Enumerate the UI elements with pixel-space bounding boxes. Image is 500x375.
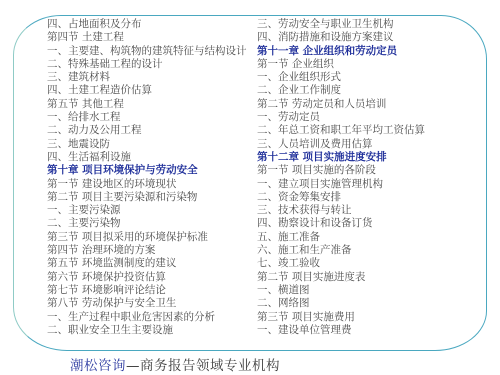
toc-item-line: 二、动力及公用工程 — [47, 124, 247, 137]
toc-item-line: 一、主要建、构筑物的建筑特征与结构设计 — [47, 45, 247, 58]
toc-section-line: 第四节 治理环境的方案 — [47, 244, 247, 257]
toc-item-line: 三、劳动安全与职业卫生机构 — [257, 18, 425, 31]
toc-section-line: 第一节 建设地区的环境现状 — [47, 178, 247, 191]
toc-section-line: 第五节 环境监测制度的建议 — [47, 257, 247, 270]
toc-item-line: 二、企业工作制度 — [257, 84, 425, 97]
toc-section-line: 第七节 环境影响评论结论 — [47, 284, 247, 297]
toc-item-line: 二、网络图 — [257, 297, 425, 310]
toc-item-line: 一、主要污染源 — [47, 204, 247, 217]
toc-item-line: 二、年总工资和职工年平均工资估算 — [257, 124, 425, 137]
toc-item-line: 一、横道图 — [257, 284, 425, 297]
toc-item-line: 三、建筑材料 — [47, 71, 247, 84]
toc-item-line: 七、竣工验收 — [257, 257, 425, 270]
toc-item-line: 三、技术获得与转让 — [257, 204, 425, 217]
toc-item-line: 三、人员培训及费用估算 — [257, 138, 425, 151]
toc-section-line: 第一节 企业组织 — [257, 58, 425, 71]
toc-item-line: 二、资金筹集安排 — [257, 191, 425, 204]
toc-item-line: 二、特殊基础工程的设计 — [47, 58, 247, 71]
toc-item-line: 一、建设单位管理费 — [257, 324, 425, 337]
footer-caption: 潮松咨询—商务报告领域专业机构 — [70, 354, 280, 374]
toc-section-line: 第二节 项目主要污染源和污染物 — [47, 191, 247, 204]
toc-item-line: 四、消防措施和设施方案建议 — [257, 31, 425, 44]
toc-item-line: 一、给排水工程 — [47, 111, 247, 124]
toc-section-line: 第八节 劳动保护与安全卫生 — [47, 297, 247, 310]
toc-item-line: 一、建立项目实施管理机构 — [257, 178, 425, 191]
toc-item-line: 一、生产过程中职业危害因素的分析 — [47, 311, 247, 324]
toc-item-line: 一、劳动定员 — [257, 111, 425, 124]
toc-chapter-line: 第十一章 企业组织和劳动定员 — [257, 45, 425, 58]
toc-item-line: 三、地震设防 — [47, 138, 247, 151]
toc-section-line: 第二节 项目实施进度表 — [257, 271, 425, 284]
toc-item-line: 四、占地面积及分布 — [47, 18, 247, 31]
toc-section-line: 第六节 环境保护投资估算 — [47, 271, 247, 284]
toc-item-line: 六、施工和生产准备 — [257, 244, 425, 257]
toc-item-line: 五、施工准备 — [257, 231, 425, 244]
toc-section-line: 第二节 劳动定员和人员培训 — [257, 98, 425, 111]
toc-item-line: 一、企业组织形式 — [257, 71, 425, 84]
toc-section-line: 第三节 项目实施费用 — [257, 311, 425, 324]
toc-chapter-line: 第十章 项目环境保护与劳动安全 — [47, 164, 247, 177]
toc-item-line: 四、勘察设计和设备订货 — [257, 217, 425, 230]
toc-item-line: 二、职业安全卫生主要设施 — [47, 324, 247, 337]
toc-left-column: 四、占地面积及分布第四节 土建工程一、主要建、构筑物的建筑特征与结构设计二、特殊… — [47, 18, 247, 337]
footer-tagline: —商务报告领域专业机构 — [126, 358, 280, 374]
toc-section-line: 第五节 其他工程 — [47, 98, 247, 111]
toc-section-line: 第四节 土建工程 — [47, 31, 247, 44]
toc-item-line: 四、土建工程造价估算 — [47, 84, 247, 97]
toc-right-column: 三、劳动安全与职业卫生机构四、消防措施和设施方案建议第十一章 企业组织和劳动定员… — [257, 18, 425, 337]
toc-item-line: 二、主要污染物 — [47, 217, 247, 230]
footer-brand: 潮松咨询 — [70, 358, 126, 374]
toc-chapter-line: 第十二章 项目实施进度安排 — [257, 151, 425, 164]
toc-section-line: 第一节 项目实施的各阶段 — [257, 164, 425, 177]
toc-section-line: 第三节 项目拟采用的环境保护标准 — [47, 231, 247, 244]
toc-item-line: 四、生活福利设施 — [47, 151, 247, 164]
